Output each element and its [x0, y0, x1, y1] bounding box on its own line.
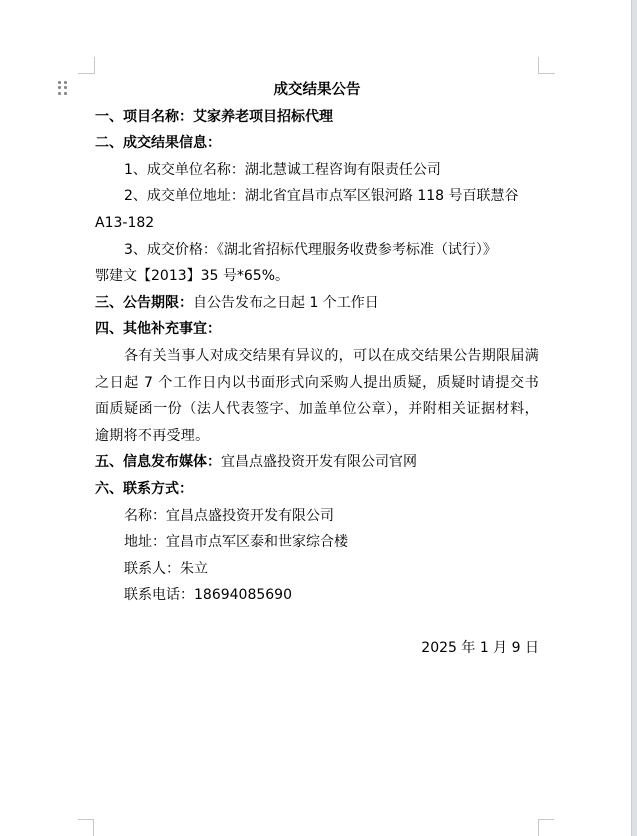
section-project-name: 一、项目名称：艾家养老项目招标代理	[95, 104, 539, 131]
winner-price-label: 3、成交价格：	[124, 242, 217, 258]
drag-handle-icon[interactable]	[58, 81, 68, 95]
contact-address-row: 地址：宜昌市点军区泰和世家综合楼	[95, 529, 539, 556]
section-contact-heading: 六、联系方式：	[95, 476, 539, 503]
document-page: 成交结果公告 一、项目名称：艾家养老项目招标代理 二、成交结果信息： 1、成交单…	[0, 0, 632, 836]
contact-person-row: 联系人：朱立	[95, 556, 539, 583]
section-heading: 一、项目名称：	[95, 109, 193, 125]
contact-phone-label: 联系电话：	[124, 587, 194, 603]
winner-name-value: 湖北慧诚工程咨询有限责任公司	[245, 162, 441, 178]
margin-corner-bottom-right	[538, 819, 554, 836]
section-other-matters-heading: 四、其他补充事宜：	[95, 316, 539, 343]
winner-address-value: 湖北省宜昌市点军区银河路 118 号百联慧谷	[245, 188, 519, 204]
document-title: 成交结果公告	[95, 77, 539, 104]
winner-price-continuation: 鄂建文【2013】35 号*65%。	[95, 263, 539, 290]
project-name-value: 艾家养老项目招标代理	[193, 109, 333, 125]
contact-phone-row: 联系电话：18694085690	[95, 582, 539, 609]
winner-address-label: 2、成交单位地址：	[124, 188, 245, 204]
margin-corner-bottom-left	[78, 819, 94, 836]
section-publish-media: 五、信息发布媒体：宜昌点盛投资开发有限公司官网	[95, 449, 539, 476]
announcement-date: 2025 年 1 月 9 日	[95, 635, 539, 662]
section-heading: 五、信息发布媒体：	[95, 454, 221, 470]
winner-name-label: 1、成交单位名称：	[124, 162, 245, 178]
winner-address-row: 2、成交单位地址：湖北省宜昌市点军区银河路 118 号百联慧谷	[95, 183, 539, 210]
scrollbar-track[interactable]	[631, 0, 637, 836]
section-announcement-period: 三、公告期限：自公告发布之日起 1 个工作日	[95, 290, 539, 317]
winner-price-row: 3、成交价格：《湖北省招标代理服务收费参考标准（试行）》	[95, 237, 539, 264]
winner-address-continuation: A13-182	[95, 210, 539, 237]
contact-name-label: 名称：	[124, 508, 166, 524]
margin-corner-top-left	[78, 57, 95, 74]
margin-corner-top-right	[538, 57, 555, 74]
publish-media-value: 宜昌点盛投资开发有限公司官网	[221, 454, 417, 470]
winner-name-row: 1、成交单位名称：湖北慧诚工程咨询有限责任公司	[95, 157, 539, 184]
document-body[interactable]: 成交结果公告 一、项目名称：艾家养老项目招标代理 二、成交结果信息： 1、成交单…	[95, 77, 539, 661]
winner-price-value: 《湖北省招标代理服务收费参考标准（试行）》	[217, 242, 497, 258]
contact-phone-value: 18694085690	[194, 587, 292, 603]
contact-name-row: 名称：宜昌点盛投资开发有限公司	[95, 503, 539, 530]
announcement-period-value: 自公告发布之日起 1 个工作日	[193, 295, 379, 311]
contact-address-value: 宜昌市点军区泰和世家综合楼	[166, 534, 348, 550]
objection-paragraph: 各有关当事人对成交结果有异议的，可以在成交结果公告期限届满之日起 7 个工作日内…	[95, 343, 539, 449]
contact-person-value: 朱立	[180, 561, 208, 577]
section-heading: 三、公告期限：	[95, 295, 193, 311]
contact-address-label: 地址：	[124, 534, 166, 550]
section-result-info-heading: 二、成交结果信息：	[95, 130, 539, 157]
contact-person-label: 联系人：	[124, 561, 180, 577]
contact-name-value: 宜昌点盛投资开发有限公司	[166, 508, 334, 524]
